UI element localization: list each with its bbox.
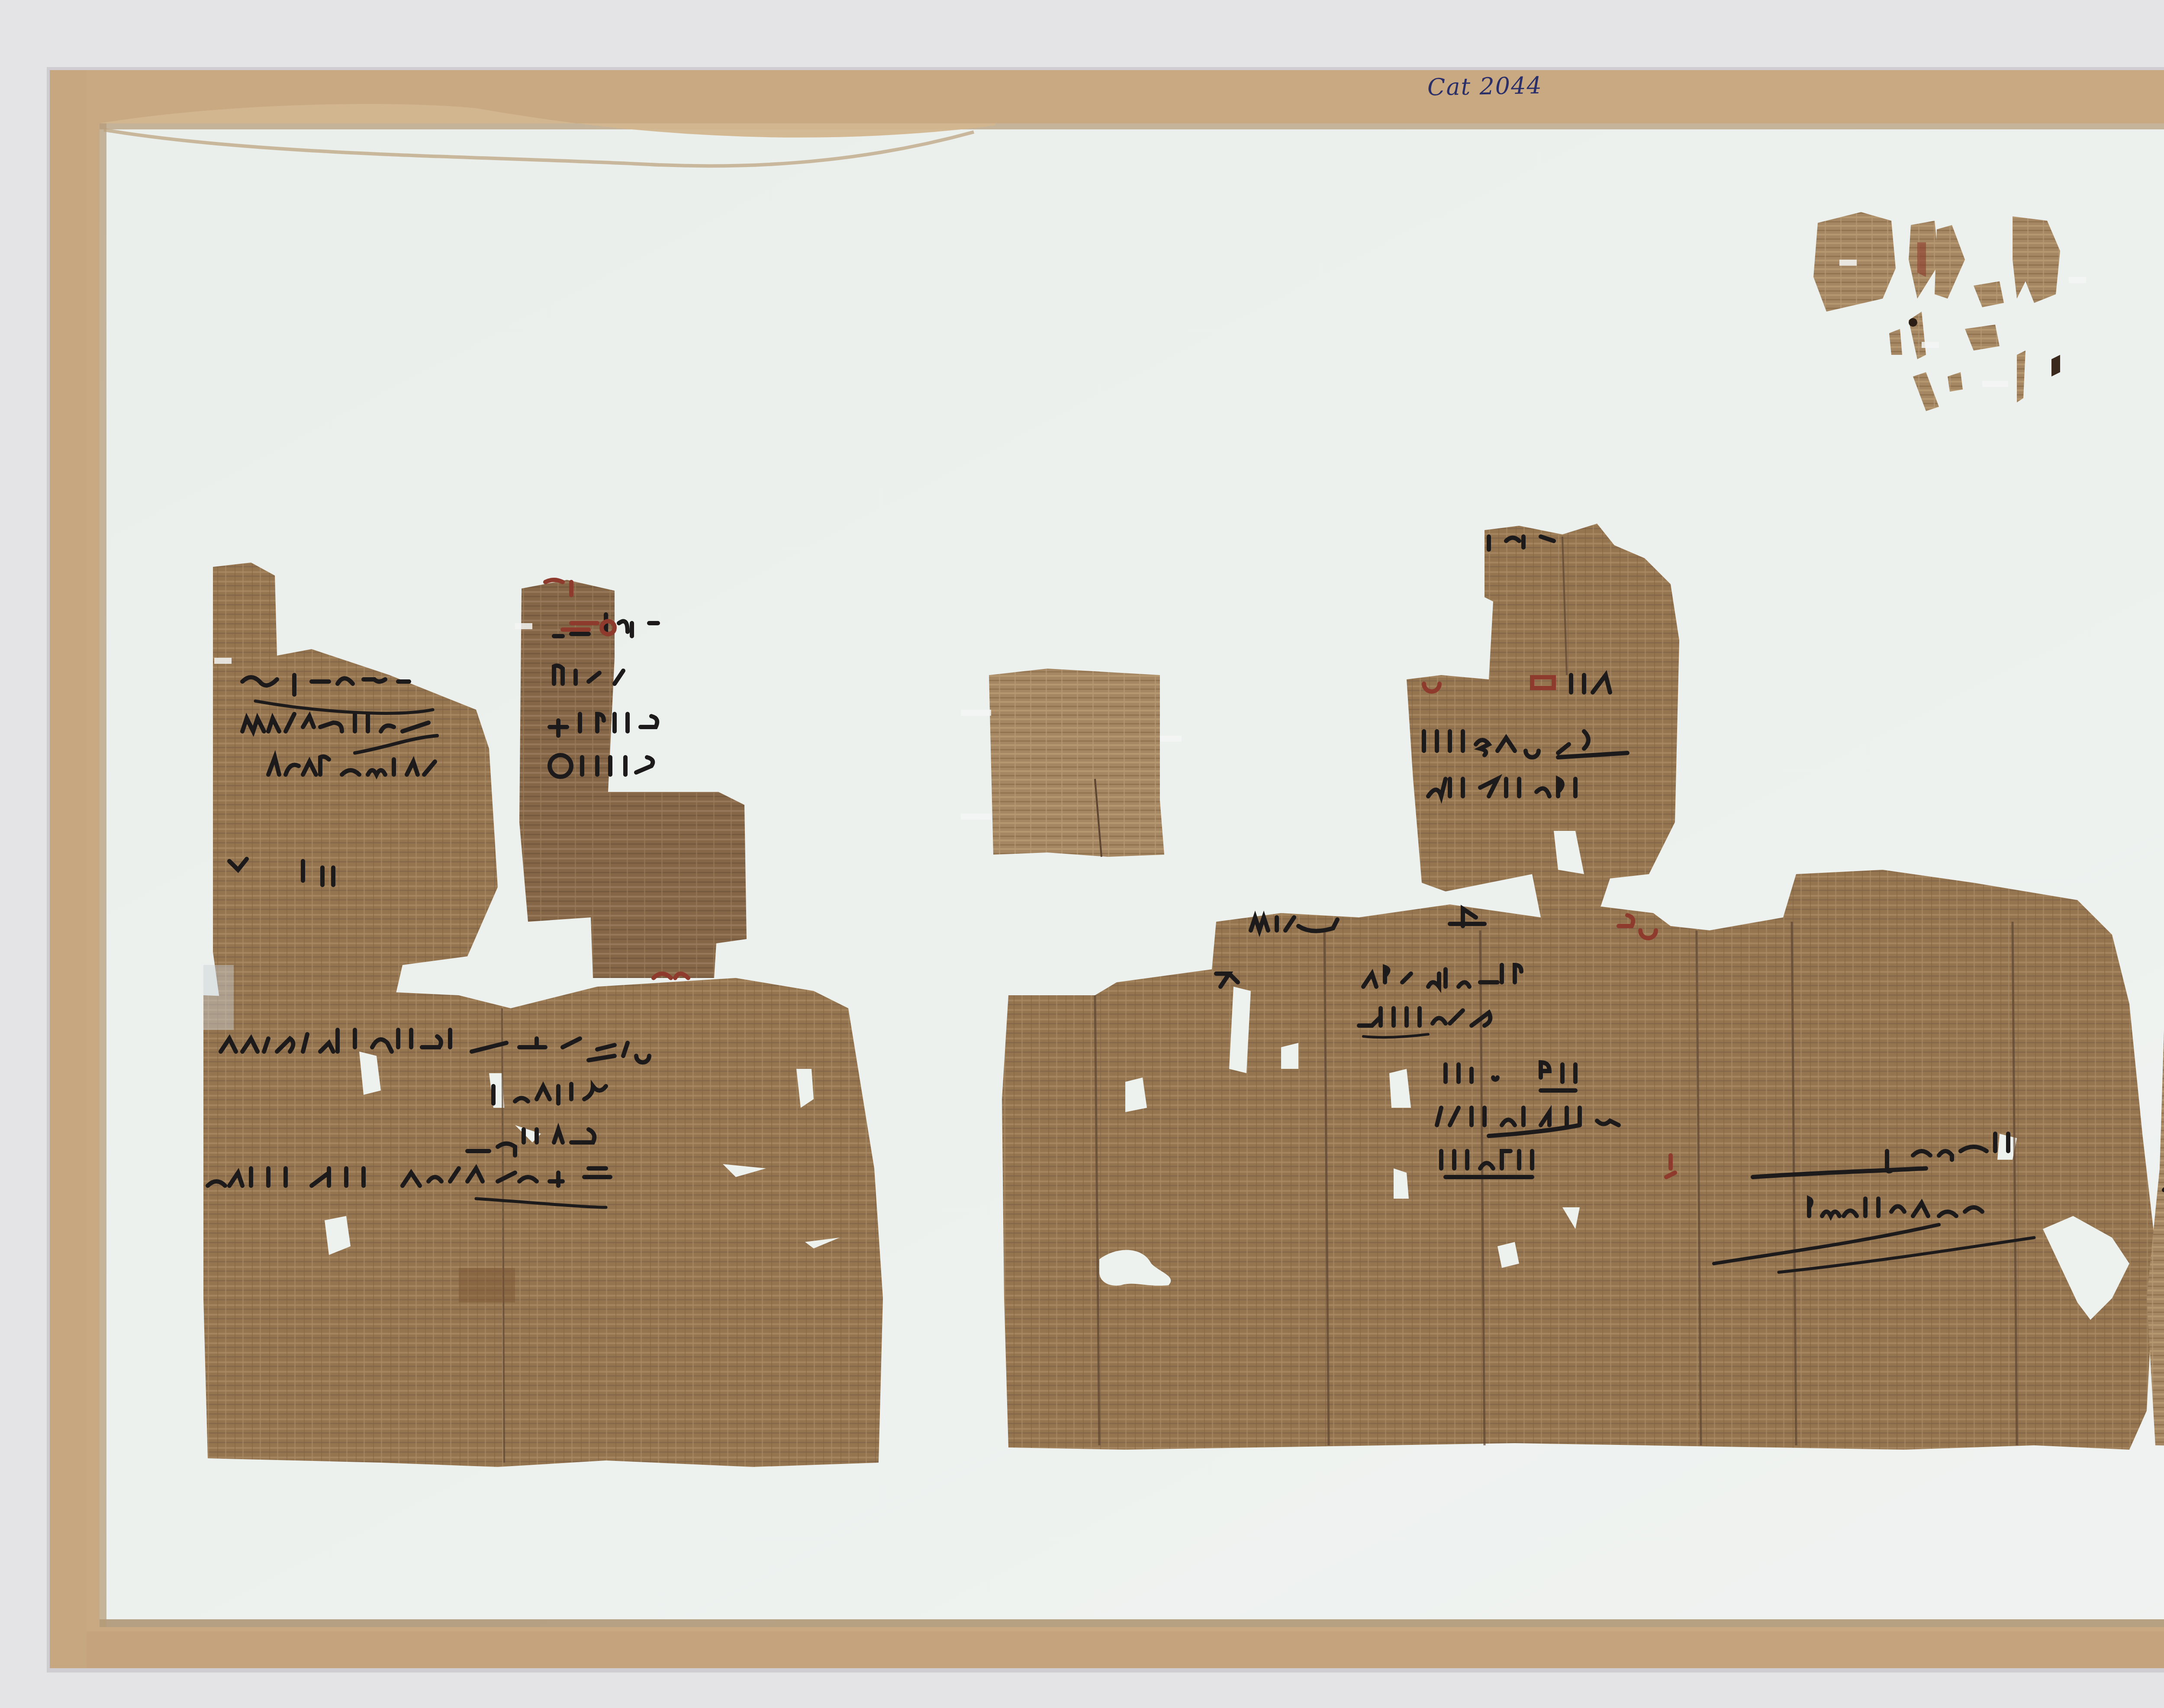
- conservation-tape-patch: [203, 965, 234, 1030]
- left-bottom-fragment: [203, 978, 883, 1467]
- photo-scene: [0, 0, 2164, 1708]
- catalogue-label: Cat 2044: [1427, 72, 1542, 101]
- small-blank-square-fragment: [989, 669, 1164, 857]
